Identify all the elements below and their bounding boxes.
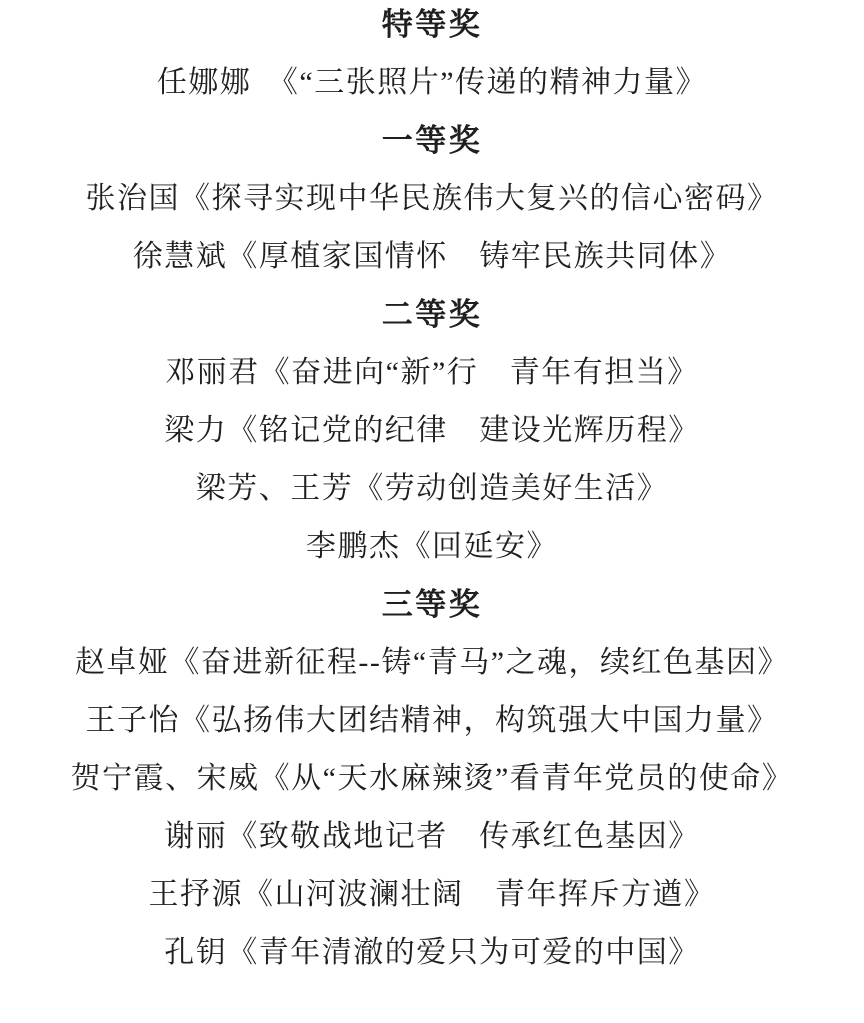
award-entry: 谢丽《致敬战地记者 传承红色基因》 <box>0 804 864 862</box>
award-entry: 任娜娜 《“三张照片”传递的精神力量》 <box>0 50 864 108</box>
section-heading-special-prize: 特等奖 <box>0 0 864 50</box>
award-entry: 李鹏杰《回延安》 <box>0 514 864 572</box>
section-heading-first-prize: 一等奖 <box>0 108 864 166</box>
section-heading-third-prize: 三等奖 <box>0 572 864 630</box>
section-heading-second-prize: 二等奖 <box>0 282 864 340</box>
document-page: 特等奖 任娜娜 《“三张照片”传递的精神力量》 一等奖 张治国《探寻实现中华民族… <box>0 0 864 1015</box>
award-entry: 孔钥《青年清澈的爱只为可爱的中国》 <box>0 920 864 978</box>
award-entry: 徐慧斌《厚植家国情怀 铸牢民族共同体》 <box>0 224 864 282</box>
award-entry: 张治国《探寻实现中华民族伟大复兴的信心密码》 <box>0 166 864 224</box>
award-entry: 梁力《铭记党的纪律 建设光辉历程》 <box>0 398 864 456</box>
award-entry: 梁芳、王芳《劳动创造美好生活》 <box>0 456 864 514</box>
award-entry: 王抒源《山河波澜壮阔 青年挥斥方遒》 <box>0 862 864 920</box>
award-entry: 赵卓娅《奋进新征程--铸“青马”之魂，续红色基因》 <box>0 630 864 688</box>
award-entry: 王子怡《弘扬伟大团结精神，构筑强大中国力量》 <box>0 688 864 746</box>
award-entry: 邓丽君《奋进向“新”行 青年有担当》 <box>0 340 864 398</box>
award-entry: 贺宁霞、宋威《从“天水麻辣烫”看青年党员的使命》 <box>0 746 864 804</box>
